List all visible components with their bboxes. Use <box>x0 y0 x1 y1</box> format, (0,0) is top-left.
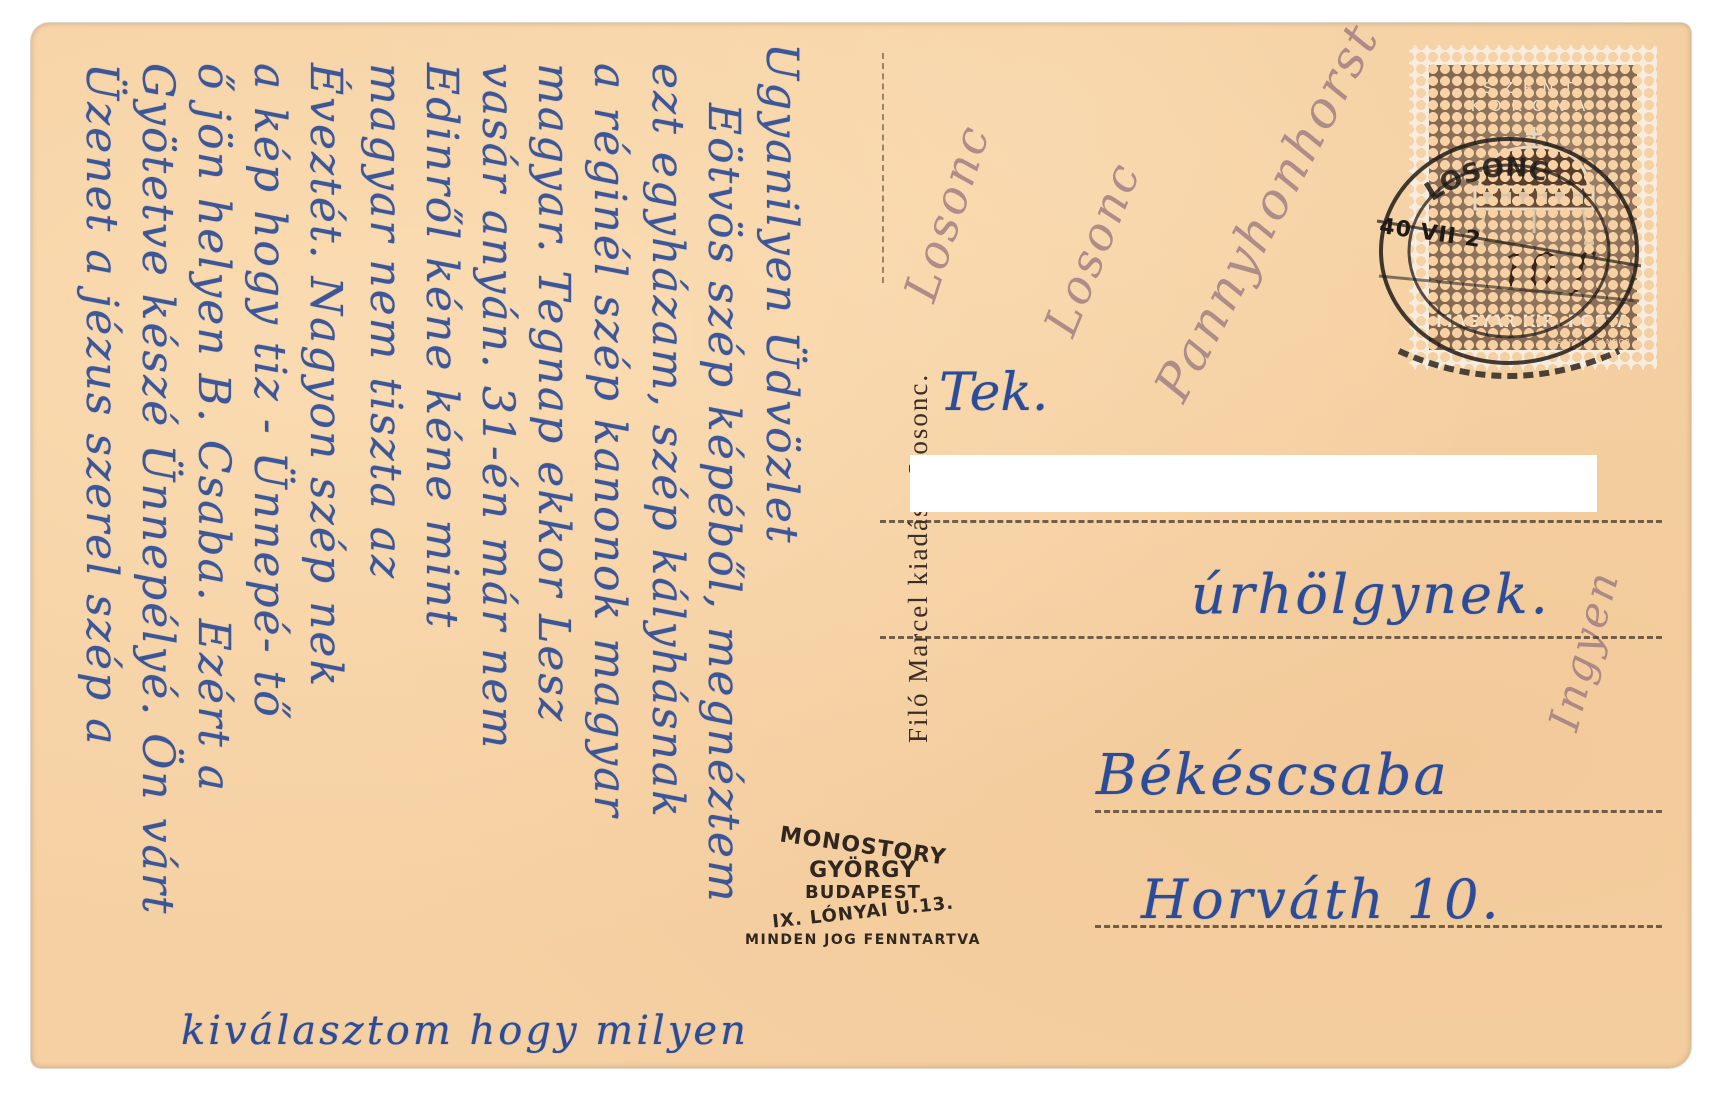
pencil-note-2: Losonc <box>1033 153 1152 343</box>
vertical-divider <box>882 53 884 283</box>
copyright-stamp: MONOSTORY GYÖRGY BUDAPEST IX. LÓNYAI U.1… <box>743 835 983 948</box>
message-column: ő jön helyen B. Csaba. Ezért a <box>188 63 239 793</box>
message-column: a kép hogy tiz - Ünnepé- tő <box>244 63 295 719</box>
message-column: a réginél szép kanonok magyar <box>584 63 635 818</box>
stamp-designer: LEGRÁDY SÁNDOR <box>1429 338 1631 346</box>
address-line-1 <box>880 520 1662 523</box>
pencil-note-3: Pannyhonhorst <box>1143 23 1391 410</box>
message-column: Ugyanilyen Üdvözlet <box>756 43 807 545</box>
stamp-image: SZENT KORONA 10 f MAGYAR KIR. POSTA LEGR… <box>1429 65 1637 350</box>
pencil-note-1: Losonc <box>893 117 1001 308</box>
address-title: úrhölgynek. <box>1191 563 1551 626</box>
message-column: vasár anyán. 31-én már nem <box>472 63 523 750</box>
holy-crown-icon <box>1465 125 1603 245</box>
stamp-arc-text: SZENT KORONA <box>1429 79 1637 115</box>
message-column: magyar. Tegnap ekkor Lesz <box>528 63 579 723</box>
address-city: Békéscsaba <box>1096 743 1449 808</box>
message-column: Edinről kéne kéne mint <box>416 63 467 629</box>
pencil-note-4: Ingyen <box>1539 564 1629 735</box>
copyright-stamp-line5: MINDEN JOG FENNTARTVA <box>743 933 983 948</box>
message-column: magyar nem tiszta az <box>360 63 411 580</box>
postcard-back: Ugyanilyen ÜdvözletEötvös szép képéből, … <box>31 23 1691 1068</box>
message-column: Eötvös szép képéből, megnéztem <box>698 103 749 904</box>
address-street: Horváth 10. <box>1141 868 1502 931</box>
message-column: ezt egyházam, szép kályhásnak <box>642 63 693 819</box>
address-line-4 <box>1095 925 1662 928</box>
stamp-value: 10 f <box>1499 243 1589 297</box>
stamp-country: MAGYAR KIR. POSTA <box>1429 312 1637 332</box>
redacted-recipient-name <box>910 455 1597 512</box>
message-column: Gyötetve készé Ünnepélyé. Ön várt <box>132 63 183 915</box>
message-bottom-line: kiválasztom hogy milyen <box>181 1008 749 1054</box>
message-column: Üzenet a jézus szerel szép a <box>76 63 127 746</box>
address-line-2 <box>880 636 1662 639</box>
message-column: Éveztét. Nagyon szép nek <box>300 63 351 688</box>
copyright-stamp-line2: GYÖRGY <box>743 859 983 883</box>
publisher-imprint: Filó Marcel kiadása, Losonc. <box>903 373 934 743</box>
postage-stamp: SZENT KORONA 10 f MAGYAR KIR. POSTA LEGR… <box>1409 45 1657 370</box>
address-line-3 <box>1095 810 1662 813</box>
address-salutation: Tek. <box>939 363 1048 423</box>
